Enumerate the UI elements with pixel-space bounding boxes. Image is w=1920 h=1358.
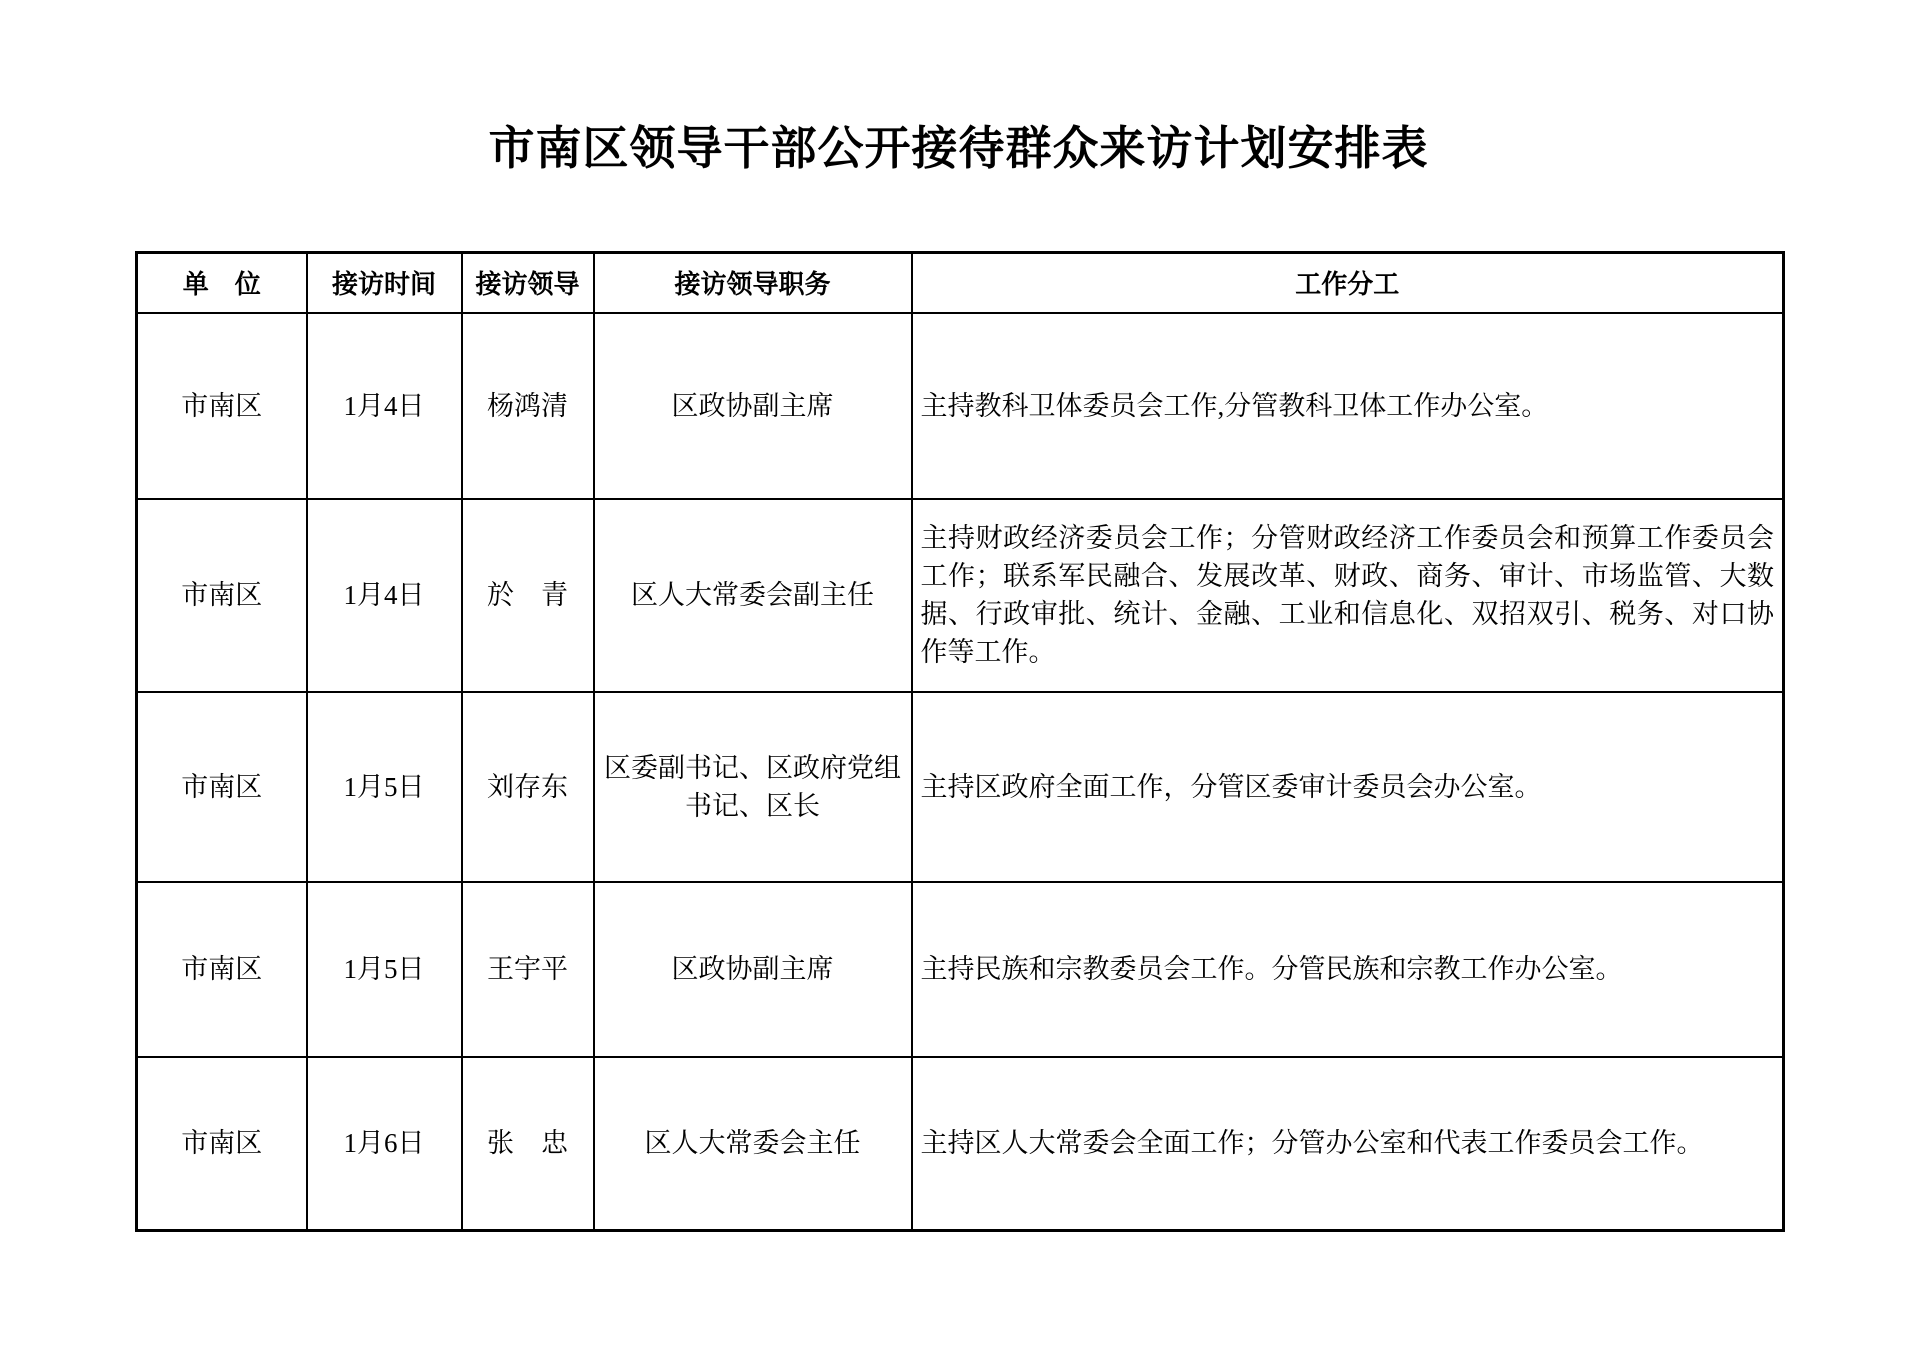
cell-duties: 主持区人大常委会全面工作；分管办公室和代表工作委员会工作。	[912, 1057, 1784, 1231]
cell-leader: 王宇平	[462, 882, 594, 1057]
cell-unit: 市南区	[137, 499, 307, 692]
table-row: 市南区 1月5日 刘存东 区委副书记、区政府党组书记、区长 主持区政府全面工作，…	[137, 692, 1784, 882]
header-cell-leader: 接访领导	[462, 253, 594, 313]
cell-unit: 市南区	[137, 882, 307, 1057]
cell-duties: 主持民族和宗教委员会工作。分管民族和宗教工作办公室。	[912, 882, 1784, 1057]
cell-time: 1月5日	[307, 882, 462, 1057]
cell-duties: 主持教科卫体委员会工作,分管教科卫体工作办公室。	[912, 313, 1784, 499]
cell-leader: 於 青	[462, 499, 594, 692]
header-cell-time: 接访时间	[307, 253, 462, 313]
cell-leader: 张 忠	[462, 1057, 594, 1231]
cell-unit: 市南区	[137, 313, 307, 499]
header-cell-unit: 单 位	[137, 253, 307, 313]
cell-leader: 杨鸿清	[462, 313, 594, 499]
cell-leader: 刘存东	[462, 692, 594, 882]
table-row: 市南区 1月5日 王宇平 区政协副主席 主持民族和宗教委员会工作。分管民族和宗教…	[137, 882, 1784, 1057]
cell-position: 区人大常委会主任	[594, 1057, 912, 1231]
cell-time: 1月6日	[307, 1057, 462, 1231]
table-row: 市南区 1月6日 张 忠 区人大常委会主任 主持区人大常委会全面工作；分管办公室…	[137, 1057, 1784, 1231]
cell-position: 区政协副主席	[594, 313, 912, 499]
cell-time: 1月5日	[307, 692, 462, 882]
cell-position: 区委副书记、区政府党组书记、区长	[594, 692, 912, 882]
document-page: 市南区领导干部公开接待群众来访计划安排表 单 位 接访时间 接访领导 接访领导职…	[0, 0, 1920, 1358]
cell-position: 区人大常委会副主任	[594, 499, 912, 692]
cell-duties: 主持区政府全面工作，分管区委审计委员会办公室。	[912, 692, 1784, 882]
reception-schedule-table: 单 位 接访时间 接访领导 接访领导职务 工作分工 市南区 1月4日 杨鸿清 区…	[135, 251, 1785, 1232]
header-cell-position: 接访领导职务	[594, 253, 912, 313]
cell-position: 区政协副主席	[594, 882, 912, 1057]
cell-time: 1月4日	[307, 499, 462, 692]
document-title: 市南区领导干部公开接待群众来访计划安排表	[135, 118, 1782, 180]
table-row: 市南区 1月4日 杨鸿清 区政协副主席 主持教科卫体委员会工作,分管教科卫体工作…	[137, 313, 1784, 499]
table-header-row: 单 位 接访时间 接访领导 接访领导职务 工作分工	[137, 253, 1784, 313]
header-cell-duties: 工作分工	[912, 253, 1784, 313]
table-row: 市南区 1月4日 於 青 区人大常委会副主任 主持财政经济委员会工作；分管财政经…	[137, 499, 1784, 692]
cell-time: 1月4日	[307, 313, 462, 499]
cell-unit: 市南区	[137, 692, 307, 882]
cell-unit: 市南区	[137, 1057, 307, 1231]
cell-duties: 主持财政经济委员会工作；分管财政经济工作委员会和预算工作委员会工作；联系军民融合…	[912, 499, 1784, 692]
